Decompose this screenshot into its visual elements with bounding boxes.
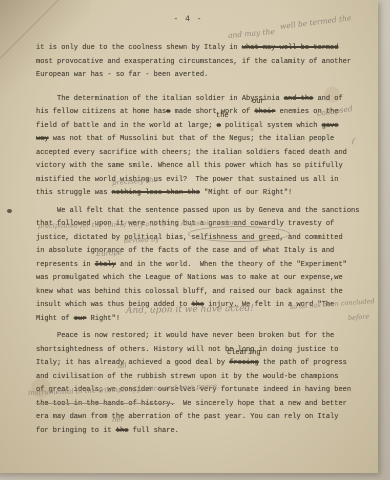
typed-text: most provocative and exasperating circum…	[36, 58, 351, 66]
typed-line: was promulgated which the League of Nati…	[36, 272, 359, 286]
typed-text: Peace is now restored; it would have nev…	[36, 332, 334, 340]
typed-line: knew what was behind this colossal bluff…	[36, 286, 359, 300]
typed-text: in absolute ignorance of the facts of th…	[36, 247, 334, 255]
typed-text: Might of	[36, 315, 74, 323]
typed-text: mistified the world wishing us evil? The…	[36, 176, 338, 184]
typed-text: We all felt that the sentence passed upo…	[36, 207, 359, 215]
ink-speck	[7, 209, 12, 213]
typed-line: accepted every sacrifice with cheers; th…	[36, 147, 359, 161]
typed-line: Peace is now restored; it would have nev…	[36, 330, 359, 344]
typed-insertion: our	[252, 98, 265, 106]
struck-text: nothing less than the	[112, 189, 200, 197]
typed-line: way was not that of Mussolini but that o…	[36, 133, 359, 147]
typed-line: for bringing to it the full share.	[36, 425, 359, 439]
paragraph: The determination of the italian soldier…	[36, 93, 359, 201]
typed-line: the tool in the hands of history. We sin…	[36, 398, 359, 412]
typed-line: era may dawn from the aberration of the …	[36, 411, 359, 425]
typed-text: victory with the same smile. Whence all …	[36, 162, 343, 170]
typed-text: it is only due to the coolness shewn by …	[36, 44, 242, 52]
struck-text: the tool in the hands of history.	[36, 400, 175, 408]
typed-text: "Might of our Right"!	[200, 189, 292, 197]
typed-insertion: the	[216, 112, 229, 120]
typed-text: was promulgated which the League of Nati…	[36, 274, 343, 282]
struck-text: Italy	[95, 261, 116, 269]
typed-line: represents in Italy and in the world. Wh…	[36, 259, 359, 273]
handwritten-note: before	[348, 313, 370, 322]
typed-text: and in the world. When the theory of the…	[116, 261, 347, 269]
typed-text: Right"!	[86, 315, 120, 323]
typed-insertion: clearing	[227, 349, 261, 357]
typed-text: made short work of	[170, 108, 254, 116]
typed-text: full share.	[128, 427, 178, 435]
typed-line: and civilisation of the rubbish strewn u…	[36, 371, 359, 385]
typed-line: this struggle was nothing less than the …	[36, 187, 359, 201]
typed-text: accepted every sacrifice with cheers; th…	[36, 149, 347, 157]
scanned-document-photo: { "page": { "number_label": "- 4 -" }, "…	[0, 0, 390, 480]
typed-text: The determination of the italian soldier…	[36, 95, 284, 103]
typed-text: and of	[313, 95, 342, 103]
handwritten-note: her	[112, 415, 124, 424]
struck-text: gave	[322, 122, 339, 130]
typed-text: and civilisation of the rubbish strewn u…	[36, 373, 338, 381]
typed-line: it is only due to the coolness shewn by …	[36, 42, 359, 56]
handwritten-note: *	[250, 127, 254, 136]
typed-line: in absolute ignorance of the facts of th…	[36, 245, 359, 259]
typed-line: European war has - so far - been averted…	[36, 69, 359, 83]
struck-text: their	[254, 108, 275, 116]
typed-text: for bringing to it	[36, 427, 116, 435]
typed-text: was not that of Mussolini but that of th…	[49, 135, 335, 143]
typed-text: represents in	[36, 261, 95, 269]
struck-text: and the	[284, 95, 313, 103]
typed-text: knew what was behind this colossal bluff…	[36, 288, 343, 296]
typed-text: shortsightedness of others. History will…	[36, 346, 338, 354]
typed-text: era may dawn from the aberration of the …	[36, 413, 338, 421]
struck-text: way	[36, 135, 49, 143]
typed-line: most provocative and exasperating circum…	[36, 56, 359, 70]
typed-text: Italy; it has already achieved a good de…	[36, 359, 229, 367]
typed-line: field of battle and in the world at larg…	[36, 120, 359, 134]
typed-line: Italy; it has already achieved a good de…	[36, 357, 359, 371]
typed-text: European war has - so far - been averted…	[36, 71, 208, 79]
typed-line: shortsightedness of others. History will…	[36, 344, 359, 358]
struck-text: what may well be termed	[242, 44, 339, 52]
typed-text: the path of progress	[259, 359, 347, 367]
struck-text: our	[74, 315, 87, 323]
typed-text: We sincerely hope that a new and better	[175, 400, 347, 408]
typed-line: We all felt that the sentence passed upo…	[36, 205, 359, 219]
typed-text: this struggle was	[36, 189, 112, 197]
typed-line: victory with the same smile. Whence all …	[36, 160, 359, 174]
typed-text: field of battle and in the world at larg…	[36, 122, 217, 130]
struck-text: the	[116, 427, 129, 435]
handwritten-note: Europe	[96, 249, 122, 258]
pencil-circle	[188, 226, 290, 242]
paragraph: it is only due to the coolness shewn by …	[36, 42, 359, 83]
struck-text: freeing	[229, 359, 258, 367]
typed-line: The determination of the italian soldier…	[36, 93, 359, 107]
typed-text: political system which	[221, 122, 322, 130]
document-text: it is only due to the coolness shewn by …	[36, 42, 359, 442]
typed-line: his fellow citizens at home hass made sh…	[36, 106, 359, 120]
typed-line: mistified the world wishing us evil? The…	[36, 174, 359, 188]
handwritten-note: all	[118, 362, 127, 370]
typed-text: his fellow citizens at home has	[36, 108, 166, 116]
